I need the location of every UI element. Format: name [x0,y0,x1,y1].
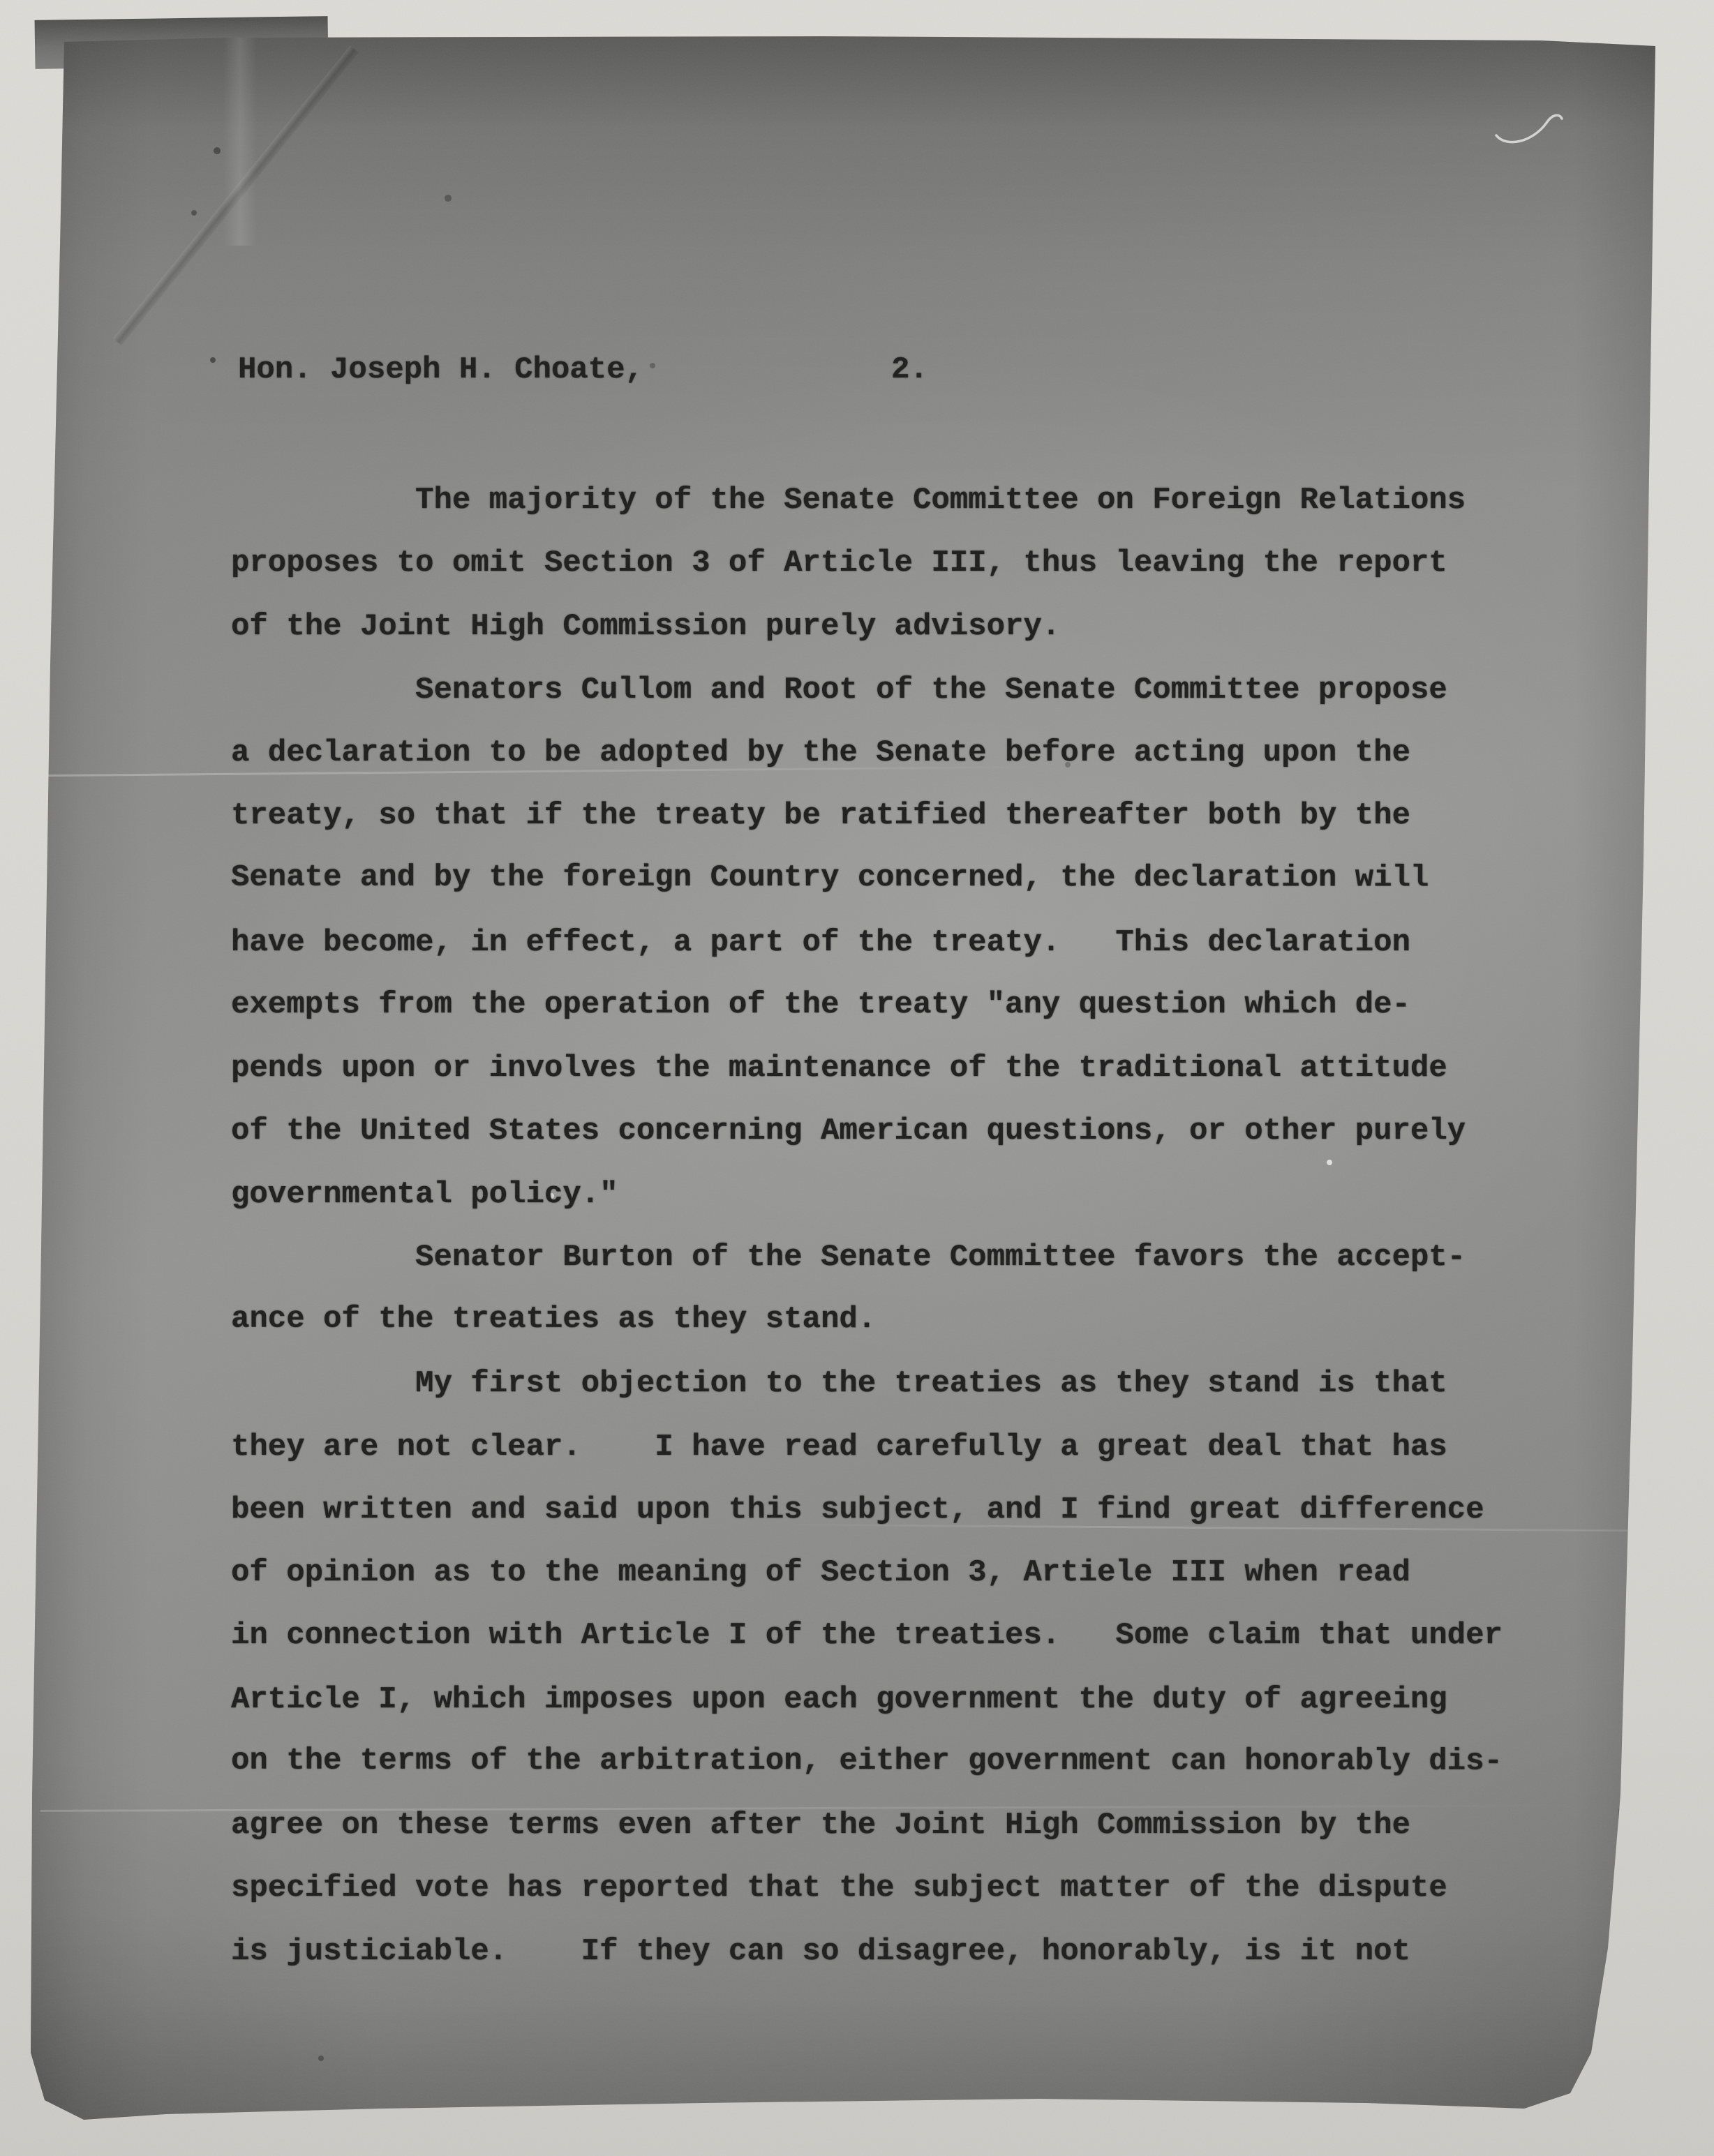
text-line: have become, in effect, a part of the tr… [231,911,1503,974]
text-line: Senators Cullom and Root of the Senate C… [231,659,1503,721]
document-page: Hon. Joseph H. Choate, 2. The majority o… [20,36,1655,2121]
text-line: of the United States concerning American… [231,1100,1503,1162]
text-line: My first objection to the treaties as th… [231,1352,1503,1415]
text-line: of opinion as to the meaning of Section … [231,1541,1503,1604]
paper-corner-crease [1606,1809,1621,2109]
addressee-text: Hon. Joseph H. Choate, [238,352,643,387]
text-line: proposes to omit Section 3 of Article II… [231,532,1503,594]
text-line: been written and said upon this subject,… [231,1478,1503,1541]
text-line: on the terms of the arbitration, either … [231,1730,1503,1793]
page-number: 2. [891,338,928,401]
text-line: Senator Burton of the Senate Committee f… [231,1226,1503,1289]
text-line: Article I, which imposes upon each gover… [231,1668,1503,1731]
document-body: The majority of the Senate Committee on … [231,469,1503,1983]
scan-background: Hon. Joseph H. Choate, 2. The majority o… [0,0,1714,2156]
text-line: agree on these terms even after the Join… [231,1794,1503,1857]
text-line: pends upon or involves the maintenance o… [231,1037,1503,1100]
text-line: Senate and by the foreign Country concer… [231,846,1503,910]
paper-light-streak [223,36,257,246]
text-line: treaty, so that if the treaty be ratifie… [231,784,1503,847]
text-line: of the Joint High Commission purely advi… [231,595,1503,658]
text-line: they are not clear. I have read carefull… [231,1416,1503,1478]
text-line: exempts from the operation of the treaty… [231,973,1503,1036]
text-line: The majority of the Senate Committee on … [231,469,1503,532]
document-header: Hon. Joseph H. Choate, 2. [238,338,1355,403]
text-line: in connection with Article I of the trea… [231,1604,1503,1667]
text-line: governmental policy." [231,1163,1503,1226]
scan-specks [20,36,22,39]
text-line: specified vote has reported that the sub… [231,1857,1503,1919]
dust-fiber [1493,106,1577,151]
text-line: ance of the treaties as they stand. [231,1288,1503,1352]
text-line: a declaration to be adopted by the Senat… [231,721,1503,784]
text-line: is justiciable. If they can so disagree,… [231,1920,1503,1983]
